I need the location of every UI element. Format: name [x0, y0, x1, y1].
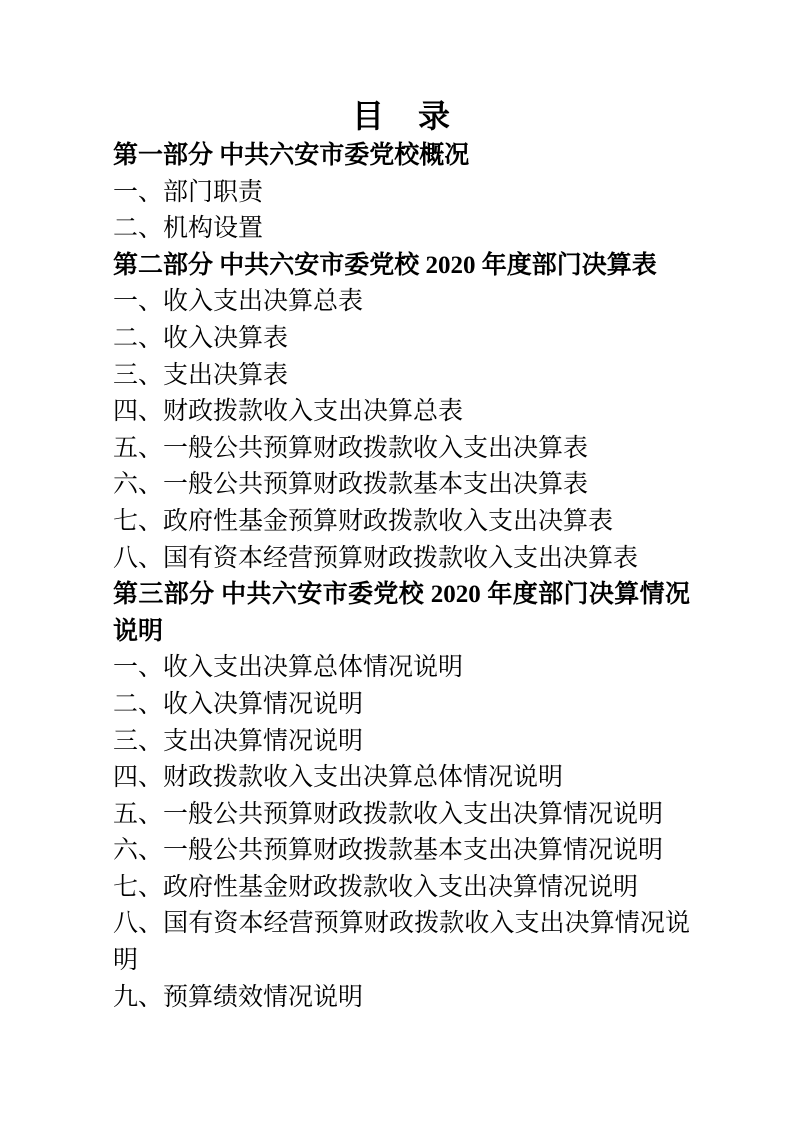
- toc-section-1-heading: 第一部分 中共六安市委党校概况: [113, 138, 690, 175]
- toc-section-3-item-1: 一、收入支出决算总体情况说明: [113, 650, 690, 687]
- toc-section-3-heading: 第三部分 中共六安市委党校 2020 年度部门决算情况说明: [113, 577, 690, 650]
- toc-section-3-item-7: 七、政府性基金财政拨款收入支出决算情况说明: [113, 870, 690, 907]
- toc-section-2-item-1: 一、收入支出决算总表: [113, 284, 690, 321]
- toc-section-2-item-3: 三、支出决算表: [113, 358, 690, 395]
- toc-section-3-item-2: 二、收入决算情况说明: [113, 687, 690, 724]
- toc-section-3-item-9: 九、预算绩效情况说明: [113, 980, 690, 1017]
- toc-section-2-item-6: 六、一般公共预算财政拨款基本支出决算表: [113, 467, 690, 504]
- document-page: 目 录 第一部分 中共六安市委党校概况 一、部门职责 二、机构设置 第二部分 中…: [0, 0, 793, 1122]
- toc-section-3-item-4: 四、财政拨款收入支出决算总体情况说明: [113, 760, 690, 797]
- toc-section-2-item-7: 七、政府性基金预算财政拨款收入支出决算表: [113, 504, 690, 541]
- toc-section-1-item-1: 一、部门职责: [113, 175, 690, 212]
- page-title: 目 录: [113, 94, 690, 138]
- toc-section-2-item-4: 四、财政拨款收入支出决算总表: [113, 394, 690, 431]
- toc-section-2-heading: 第二部分 中共六安市委党校 2020 年度部门决算表: [113, 248, 690, 285]
- toc-section-3-item-8: 八、国有资本经营预算财政拨款收入支出决算情况说明: [113, 906, 690, 979]
- toc-section-2-item-2: 二、收入决算表: [113, 321, 690, 358]
- toc-section-3-item-3: 三、支出决算情况说明: [113, 724, 690, 761]
- toc-section-1-item-2: 二、机构设置: [113, 211, 690, 248]
- table-of-contents: 第一部分 中共六安市委党校概况 一、部门职责 二、机构设置 第二部分 中共六安市…: [113, 138, 690, 1016]
- toc-section-2-item-8: 八、国有资本经营预算财政拨款收入支出决算表: [113, 541, 690, 578]
- toc-section-3-item-5: 五、一般公共预算财政拨款收入支出决算情况说明: [113, 797, 690, 834]
- toc-section-2-item-5: 五、一般公共预算财政拨款收入支出决算表: [113, 431, 690, 468]
- toc-section-3-item-6: 六、一般公共预算财政拨款基本支出决算情况说明: [113, 833, 690, 870]
